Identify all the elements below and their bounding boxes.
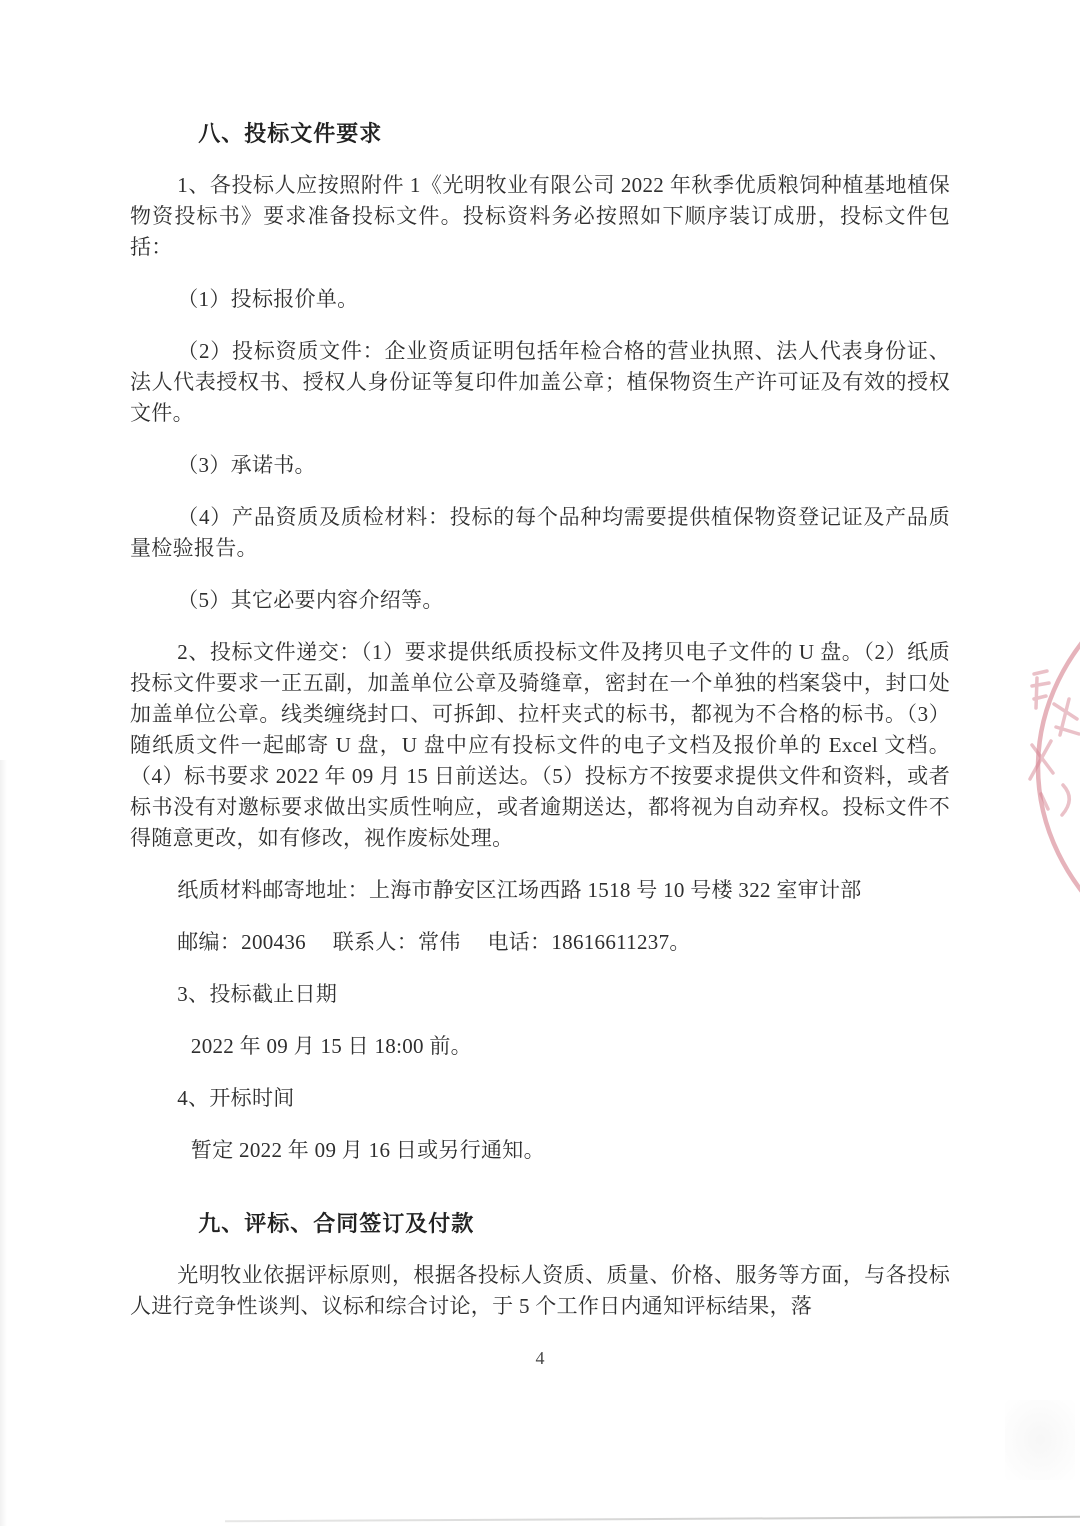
paragraph-opening-title: 4、开标时间 [130,1083,950,1114]
paragraph-contact-info: 邮编：200436 联系人：常伟 电话：18616611237。 [130,927,950,958]
paragraph-evaluation: 光明牧业依据评标原则，根据各投标人资质、质量、价格、服务等方面，与各投标人进行竞… [130,1260,950,1322]
scan-edge-shade [0,760,7,1526]
paragraph-mailing-address: 纸质材料邮寄地址：上海市静安区江场西路 1518 号 10 号楼 322 室审计… [130,875,950,906]
paragraph-submission-requirements: 2、投标文件递交：（1）要求提供纸质投标文件及拷贝电子文件的 U 盘。（2）纸质… [130,637,950,854]
paragraph-prepare-documents: 1、各投标人应按照附件 1《光明牧业有限公司 2022 年秋季优质粮饲种植基地植… [130,170,950,263]
paragraph-opening-date: 暂定 2022 年 09 月 16 日或另行通知。 [130,1135,950,1166]
paragraph-deadline-title: 3、投标截止日期 [130,979,950,1010]
paragraph-deadline-date: 2022 年 09 月 15 日 18:00 前。 [130,1031,950,1062]
paragraph-item-3-commitment: （3）承诺书。 [130,450,950,481]
section-heading-8: 八、投标文件要求 [130,118,950,149]
page-number: 4 [130,1343,950,1374]
paragraph-item-4-product-quality: （4）产品资质及质检材料：投标的每个品种均需要提供植保物资登记证及产品质量检验报… [130,502,950,564]
document-page: 八、投标文件要求 1、各投标人应按照附件 1《光明牧业有限公司 2022 年秋季… [0,0,1080,1526]
scan-smudge [1005,1400,1075,1480]
section-heading-9: 九、评标、合同签订及付款 [130,1208,950,1239]
scan-edge-line [225,1516,1080,1523]
paragraph-item-5-other: （5）其它必要内容介绍等。 [130,585,950,616]
document-body: 八、投标文件要求 1、各投标人应按照附件 1《光明牧业有限公司 2022 年秋季… [130,118,950,1374]
red-seal-partial [1010,622,1080,942]
paragraph-item-1-quote: （1）投标报价单。 [130,284,950,315]
paragraph-item-2-qualifications: （2）投标资质文件：企业资质证明包括年检合格的营业执照、法人代表身份证、法人代表… [130,336,950,429]
red-seal-icon [1010,622,1080,942]
